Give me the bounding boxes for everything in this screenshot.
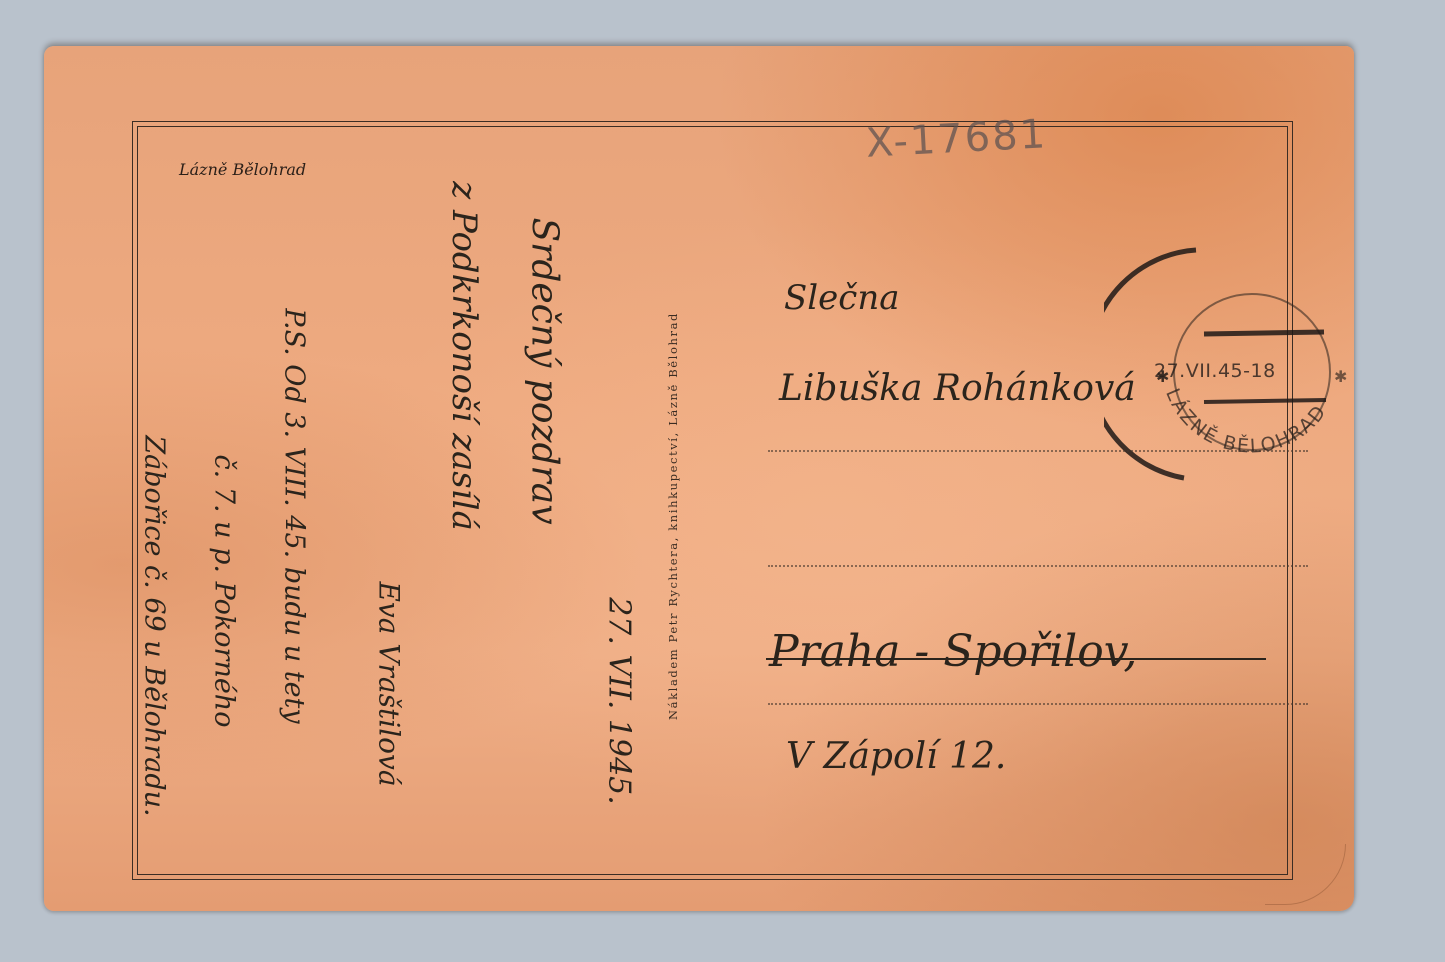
message-line: Eva Vraštilová <box>373 581 406 786</box>
message-line: Srdečný pozdrav <box>524 217 565 524</box>
pencil-archive-number: X-17681 <box>865 111 1048 166</box>
corner-crease <box>1265 844 1346 905</box>
postmark-date: 27.VII.45-18 <box>1154 360 1276 382</box>
message-line: z Podkrkonoší zasílá <box>444 181 484 531</box>
postcard: Lázně Bělohrad Nákladem Petr Rychtera, k… <box>44 46 1354 911</box>
address-dotted-line <box>768 450 1308 452</box>
printed-location-title: Lázně Bělohrad <box>179 160 306 179</box>
message-date: 27. VII. 1945. <box>602 597 637 805</box>
address-city-underline <box>766 658 1266 660</box>
address-city: Praha - Spořilov, <box>769 626 1137 677</box>
message-line: P.S. Od 3. VIII. 45. budu u tety <box>279 308 310 723</box>
svg-text:✱: ✱ <box>1334 367 1347 386</box>
message-line: Zábořice č. 69 u Bělohradu. <box>139 435 170 816</box>
address-dotted-line <box>768 703 1308 705</box>
address-street: V Zápolí 12. <box>786 736 1006 777</box>
address-name: Libuška Rohánková <box>779 368 1136 409</box>
svg-text:LÁZNĚ BĚLOHRAD: LÁZNĚ BĚLOHRAD <box>1161 385 1331 457</box>
printed-border-inner <box>137 126 1288 875</box>
address-salutation: Slečna <box>784 278 900 318</box>
message-line: č. 7. u p. Pokorného <box>209 455 240 728</box>
printed-publisher-line: Nákladem Petr Rychtera, knihkupectví, Lá… <box>666 312 680 720</box>
address-dotted-line <box>768 565 1308 567</box>
